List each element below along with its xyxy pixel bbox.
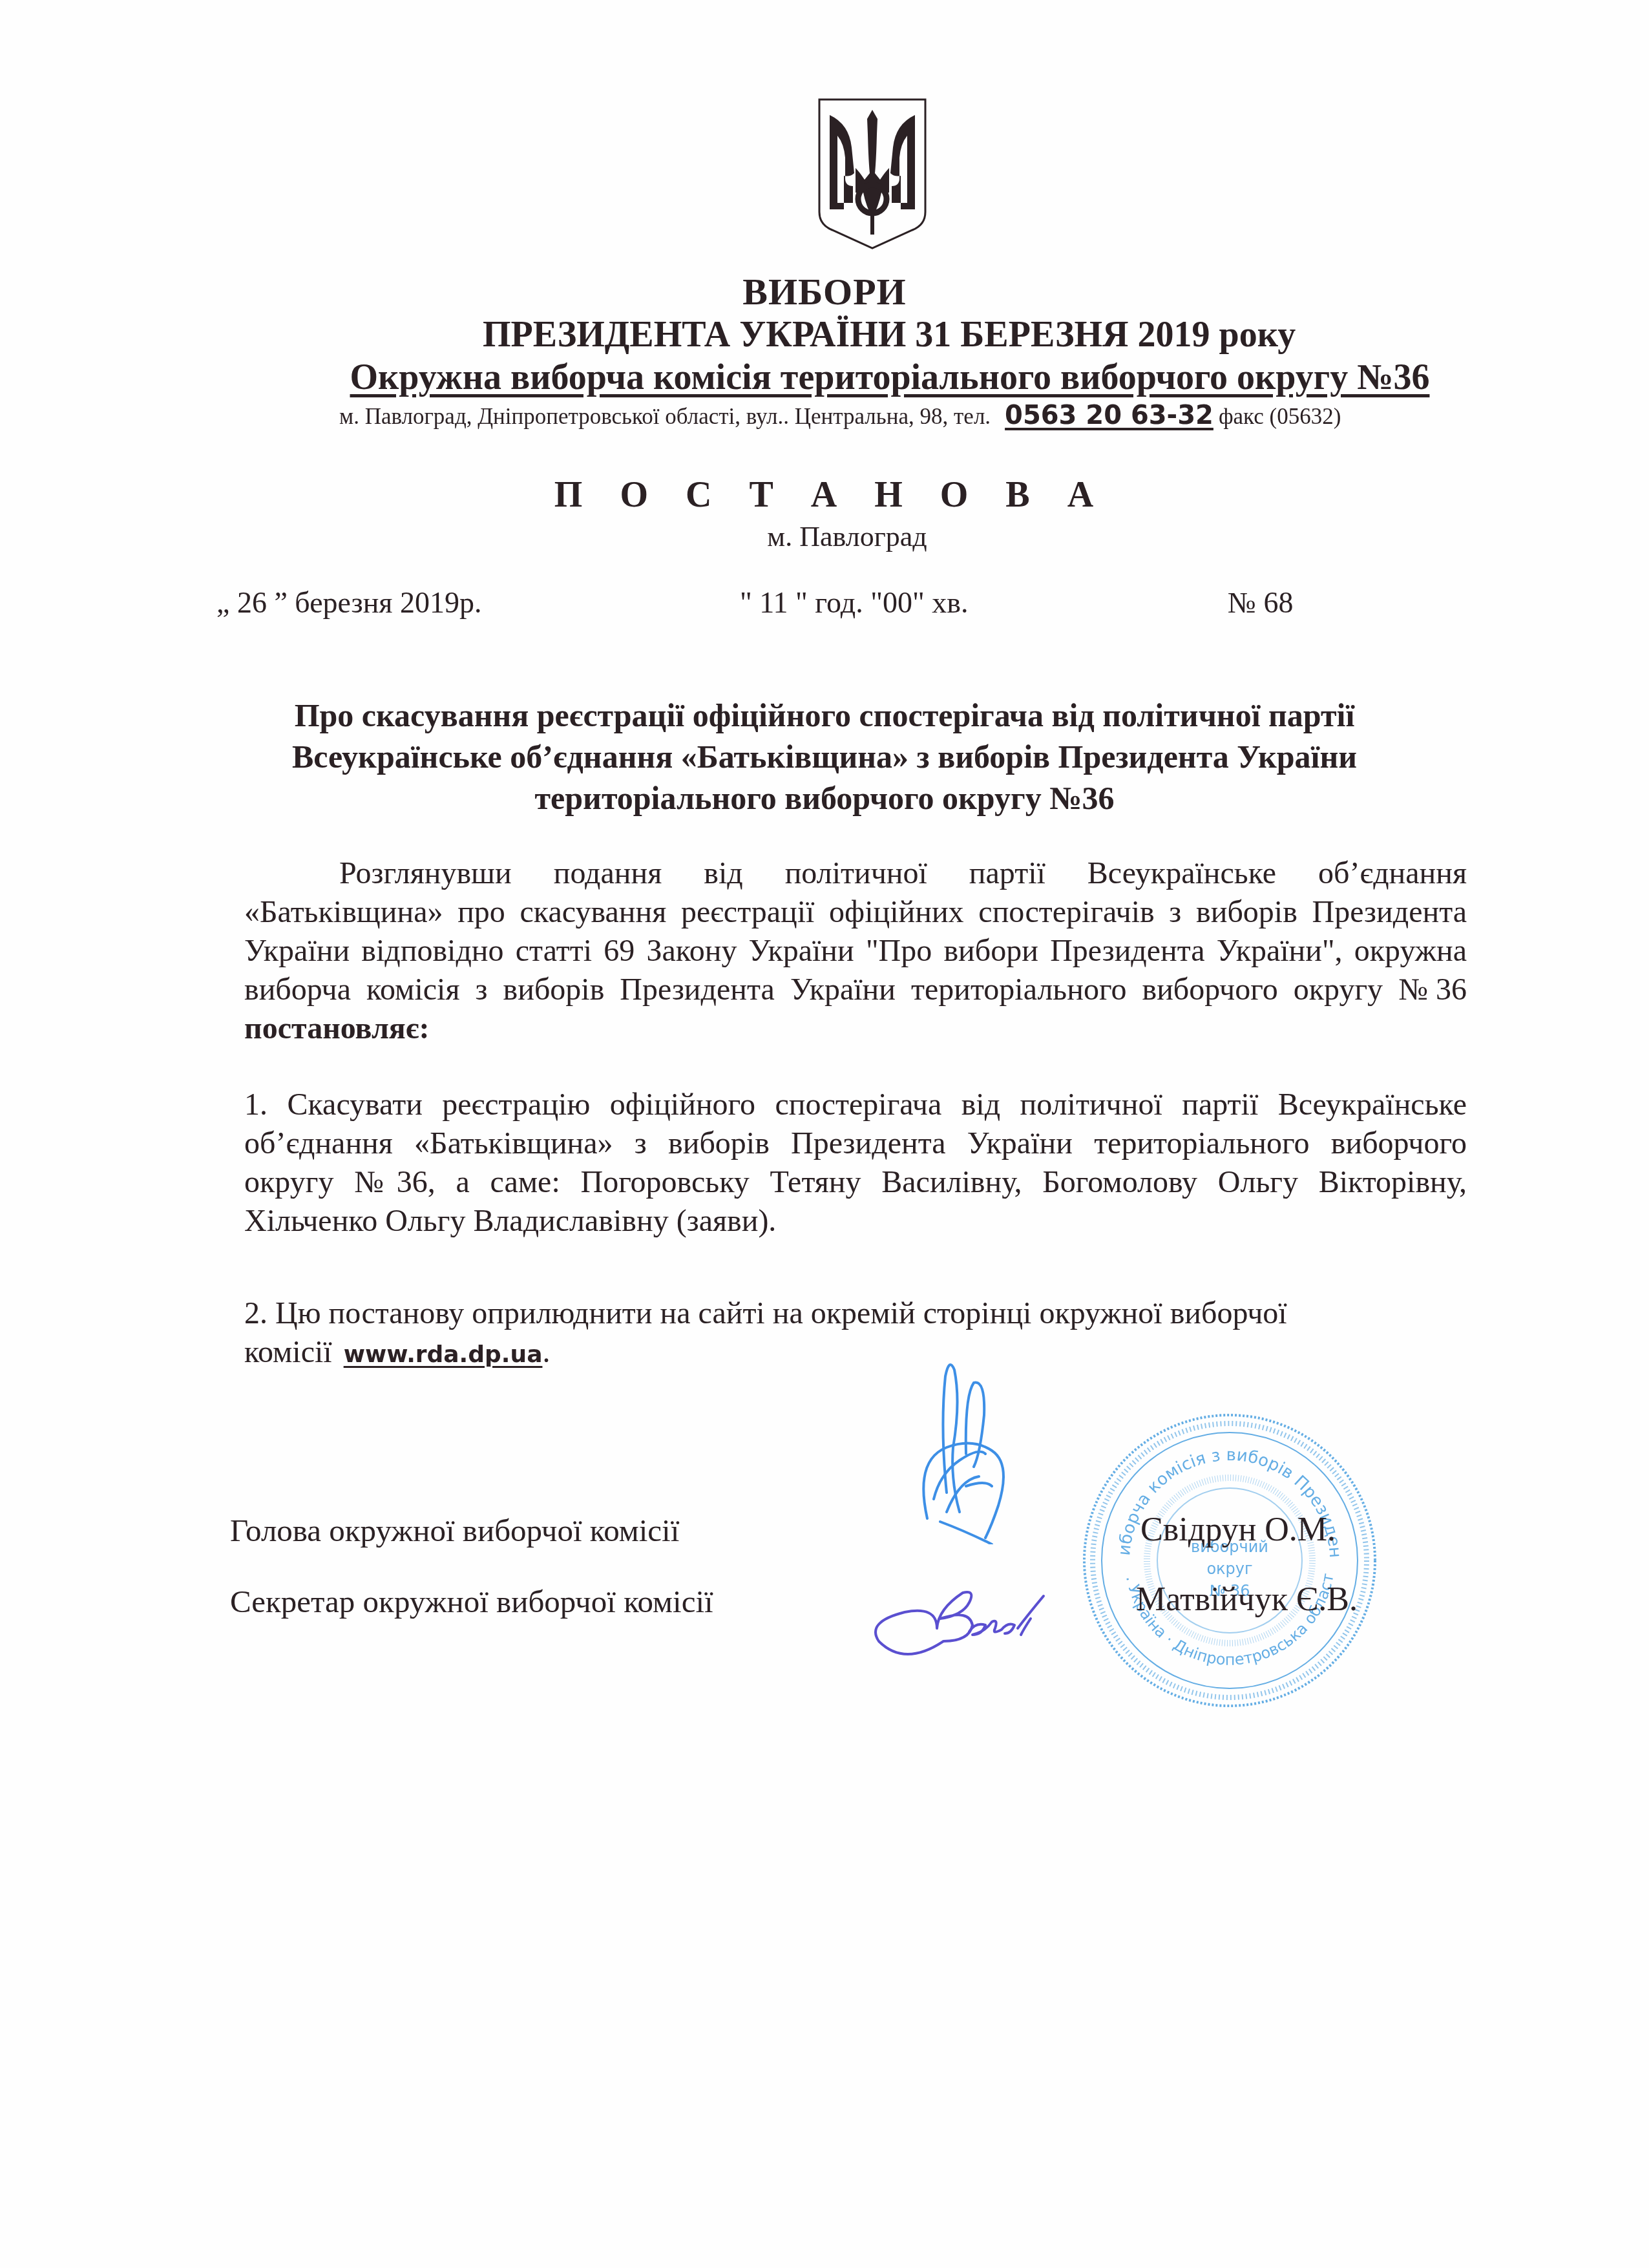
- document-title-line-3: територіального виборчого округу №36: [0, 779, 1649, 817]
- document-city: м. Павлоград: [23, 520, 1649, 553]
- preamble-resolves: постановляє:: [244, 1011, 430, 1045]
- chair-label: Голова окружної виборчої комісії: [230, 1512, 679, 1549]
- document-date: „ 26 ” березня 2019р.: [216, 585, 481, 620]
- secretary-label: Секретар окружної виборчої комісії: [230, 1583, 713, 1620]
- document-time: " 11 " год. "00" хв.: [740, 585, 968, 620]
- document-page: ВИБОРИ ПРЕЗИДЕНТА УКРАЇНИ 31 БЕРЕЗНЯ 201…: [0, 0, 1649, 2268]
- phone-number: 0563 20 63-32: [1005, 401, 1213, 430]
- website-link[interactable]: www.rda.dp.ua: [344, 1341, 543, 1368]
- document-title-line-2: Всеукраїнське об’єднання «Батьківщина» з…: [0, 738, 1649, 775]
- item-2-end: .: [542, 1335, 550, 1369]
- svg-text:округ: округ: [1206, 1560, 1252, 1578]
- trident-coat-of-arms-icon: [815, 96, 929, 251]
- fax-number: факс (05632): [1219, 404, 1341, 429]
- address-text: м. Павлоград, Дніпропетровської області,…: [339, 404, 991, 429]
- resolution-item-2: 2. Цю постанову оприлюднити на сайті на …: [244, 1294, 1467, 1374]
- preamble-text: Розглянувши подання від політичної парті…: [244, 856, 1467, 1007]
- header-president-elections-date: ПРЕЗИДЕНТА УКРАЇНИ 31 БЕРЕЗНЯ 2019 року: [65, 314, 1649, 355]
- document-title-line-1: Про скасування реєстрації офіційного спо…: [0, 697, 1649, 734]
- chair-signature: [901, 1350, 1031, 1544]
- secretary-signature: [866, 1570, 1060, 1661]
- resolution-item-1: 1. Скасувати реєстрацію офіційного спост…: [244, 1086, 1467, 1241]
- chair-name: Свідрун О.М.: [1140, 1511, 1336, 1549]
- preamble-paragraph: Розглянувши подання від політичної парті…: [244, 854, 1467, 1048]
- document-type: П О С Т А Н О В А: [6, 474, 1649, 516]
- header-elections: ВИБОРИ: [0, 270, 1649, 313]
- official-stamp: Окружна виборча комісія з виборів Презид…: [1078, 1409, 1381, 1712]
- secretary-name: Матвійчук Є.В.: [1136, 1580, 1358, 1619]
- header-commission-name: Окружна виборча комісія територіального …: [315, 357, 1465, 398]
- header-address: м. Павлоград, Дніпропетровської області,…: [339, 401, 1341, 430]
- document-number: № 68: [1228, 585, 1293, 620]
